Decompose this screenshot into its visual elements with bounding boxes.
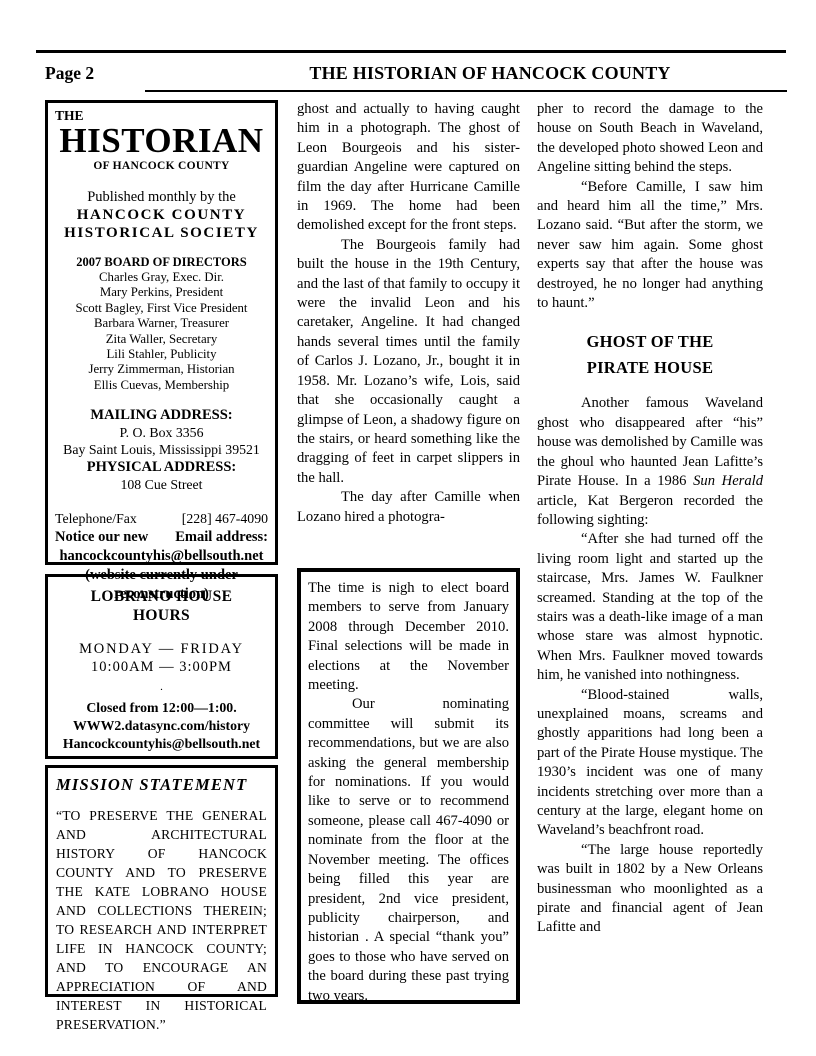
mailing-city: Bay Saint Louis, Mississippi 39521 [55,441,268,458]
masthead-subtitle: OF HANCOCK COUNTY [55,160,268,172]
hours-times: 10:00AM — 3:00PM [54,658,269,676]
phone-row: Telephone/Fax [228] 467-4090 [55,510,268,528]
article-text-right-top: pher to record the damage to the house o… [537,100,763,313]
pirate-intro-after: article, Kat Bergeron recorded the follo… [537,493,763,528]
hours-email: Hancockcountyhis@bellsouth.net [54,735,269,753]
pirate-house-heading: GHOST OF THE PIRATE HOUSE [537,329,763,381]
board-member: Jerry Zimmerman, Historian [55,362,268,377]
hours-days: MONDAY — FRIDAY [54,640,269,658]
hours-title-line1: LOBRANO HOUSE [54,587,269,606]
sun-herald-italic: Sun Herald [693,473,763,489]
board-member: Mary Perkins, President [55,285,268,300]
pirate-house-heading-line2: PIRATE HOUSE [537,355,763,381]
board-member-list: Charles Gray, Exec. Dir.Mary Perkins, Pr… [55,270,268,393]
board-member: Scott Bagley, First Vice President [55,301,268,316]
society-name-line2: HISTORICAL SOCIETY [55,224,268,242]
board-member: Barbara Warner, Treasurer [55,316,268,331]
email-address: hancockcountyhis@bellsouth.net [55,547,268,566]
article-paragraph: “Before Camille, I saw him and heard him… [537,178,763,314]
board-member: Lili Stahler, Publicity [55,347,268,362]
article-text-middle: ghost and actually to having caught him … [297,100,520,568]
mailing-heading: MAILING ADDRESS: [55,406,268,424]
article-paragraph: ghost and actually to having caught him … [297,100,520,236]
hours-closed-line: Closed from 12:00—1:00. [54,699,269,717]
newsletter-page: Page 2 THE HISTORIAN OF HANCOCK COUNTY T… [0,0,816,1056]
page-content: THE HISTORIAN OF HANCOCK COUNTY Publishe… [45,100,763,1004]
article-paragraph: “Blood-stained walls, unexplained moans,… [537,686,763,841]
header-rule-top [36,50,786,53]
mailing-po-box: P. O. Box 3356 [55,424,268,441]
physical-street: 108 Cue Street [55,476,268,493]
header-row: Page 2 THE HISTORIAN OF HANCOCK COUNTY [45,57,785,89]
article-paragraph: “After she had turned off the living roo… [537,530,763,685]
phone-label: Telephone/Fax [55,510,137,528]
article-paragraph: The Bourgeois family had built the house… [297,236,520,488]
hours-box: LOBRANO HOUSE HOURS MONDAY — FRIDAY 10:0… [45,574,278,759]
right-column: pher to record the damage to the house o… [537,100,763,1004]
election-notice-box: The time is nigh to elect board members … [297,568,520,1004]
hours-dot: . [54,681,269,693]
board-member: Charles Gray, Exec. Dir. [55,270,268,285]
board-member: Ellis Cuevas, Membership [55,378,268,393]
header-rule-bottom [145,90,787,92]
email-notice-left: Notice our new [55,528,148,547]
mission-body: “TO PRESERVE THE GENERAL AND ARCHITECTUR… [56,806,267,1034]
board-heading: 2007 BOARD OF DIRECTORS [55,255,268,270]
hours-website: WWW2.datasync.com/history [54,717,269,735]
pirate-house-heading-line1: GHOST OF THE [537,329,763,355]
page-number: Page 2 [45,63,195,84]
election-paragraph: The time is nigh to elect board members … [308,579,509,695]
pirate-intro-paragraph: Another famous Waveland ghost who disapp… [537,394,763,530]
hours-title-line2: HOURS [54,606,269,625]
email-notice-right: Email address: [175,528,268,547]
society-name-line1: HANCOCK COUNTY [55,206,268,224]
masthead-box: THE HISTORIAN OF HANCOCK COUNTY Publishe… [45,100,278,565]
article-paragraph: pher to record the damage to the house o… [537,100,763,178]
newsletter-title: THE HISTORIAN OF HANCOCK COUNTY [195,63,785,84]
published-line: Published monthly by the [55,189,268,206]
physical-heading: PHYSICAL ADDRESS: [55,458,268,476]
mission-heading: MISSION STATEMENT [56,775,267,795]
board-member: Zita Waller, Secretary [55,332,268,347]
article-text-right-bottom: “After she had turned off the living roo… [537,530,763,938]
masthead-title: HISTORIAN [55,122,268,160]
article-paragraph: The day after Camille when Lozano hired … [297,488,520,527]
middle-column: ghost and actually to having caught him … [297,100,520,1004]
phone-number: [228] 467-4090 [182,510,268,528]
email-notice-row: Notice our new Email address: [55,528,268,547]
left-column: THE HISTORIAN OF HANCOCK COUNTY Publishe… [45,100,278,1004]
mission-box: MISSION STATEMENT “TO PRESERVE THE GENER… [45,765,278,997]
election-paragraph: Our nominating committee will submit its… [308,695,509,1004]
article-paragraph: “The large house reportedly was built in… [537,841,763,938]
